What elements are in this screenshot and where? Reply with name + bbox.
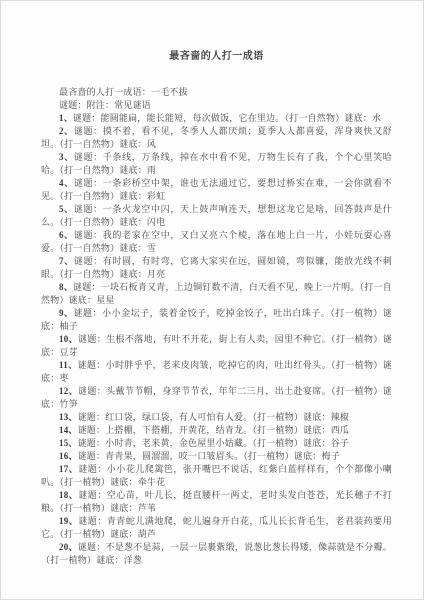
riddle-text: 谜题：摸不着，看不见，冬季人人都厌烦；夏季人人都喜爱，浑身爽快又舒坦。（打一自然… [41, 126, 392, 149]
riddle-text: 谜题：小时胖乎乎，老来皮肉皱，吃掉它的肉，吐出红骨头。（打一植物）谜底：枣 [41, 360, 392, 383]
riddle-text: 谜题：头戴节节帽，身穿节节衣，年年二三月，出土赴宴席。（打一植物）谜底：竹笋 [41, 386, 392, 409]
riddle-number: 5、 [59, 204, 74, 214]
riddle-number: 6、 [59, 230, 74, 240]
riddle-text: 谜题：不是葱不是蒜，一层一层裹紫缎，说葱比葱长得矮，像蒜就是不分瓣。（打一植物）… [41, 542, 392, 565]
riddle-item: 16、谜题：青青果，圆溜溜，咬一口皱眉头。（打一植物）谜底：梅子 [41, 450, 392, 463]
riddle-text: 谜题：上搭棚，下搭棚，开黄花，结青龙。（打一植物）谜底：西瓜 [78, 425, 350, 435]
riddle-text: 谜题：一条彩桥空中架，谁也无法通过它，要想过桥实在难，一会你就看不见。（打一自然… [41, 178, 392, 201]
riddle-text: 谜题：青青蛇儿满地爬，蛇儿遍身开白花，瓜儿长长背毛生，老君装药要用它。（打一植物… [41, 516, 392, 539]
riddle-number: 17、 [59, 464, 78, 474]
riddle-text: 谜题：我的老家在空中，又白又亮六个棱，落在地上白一片，小娃玩耍心喜爱。（打一自然… [41, 230, 392, 253]
riddle-item: 13、谜题：红口袋，绿口袋，有人可怕有人爱。（打一植物）谜底：辣椒 [41, 411, 392, 424]
riddle-text: 谜题：有时圆，有时弯，它离大家实在远，圆如镜，弯似镰，能放光线不刺眼。（打一自然… [41, 256, 392, 279]
riddle-item: 9、谜题：小小金坛子，装着金饺子，吃掉金饺子，吐出白珠子。（打一植物）谜底：柚子 [41, 307, 392, 333]
riddle-item: 14、谜题：上搭棚，下搭棚，开黄花，结青龙。（打一植物）谜底：西瓜 [41, 424, 392, 437]
riddle-text: 谜题：一条火龙空中闪，天上鼓声响连天，想想这龙它是啥，回答鼓声是什么。（打一自然… [41, 204, 392, 227]
riddle-item: 18、谜题：空心苗，叶儿长，挺直腰杆一两丈，老时头发白苍苍，光长穗子不打粮。（打… [41, 489, 392, 515]
riddle-item: 17、谜题：小小花儿爬篱笆，张开嘴巴不说话，红紫白蓝样样有，个个都像小喇叭。（打… [41, 463, 392, 489]
riddle-number: 1、 [59, 113, 73, 123]
riddle-item: 2、谜题：摸不着，看不见，冬季人人都厌烦；夏季人人都喜爱，浑身爽快又舒坦。（打一… [41, 125, 392, 151]
riddle-text: 谜题：小时青，老来黄，金色屋里小姑藏。（打一植物）谜底：谷子 [78, 438, 350, 448]
riddle-text: 谜题：能圆能扁，能长能短，每次做饭，它在里边。（打一自然物）谜底：水 [73, 113, 381, 123]
riddle-item: 10、谜题：生根不落地，有叶不开花，街上有人卖，园里不种它。（打一植物）谜底：豆… [41, 333, 392, 359]
riddle-number: 16、 [59, 451, 78, 461]
document-page: 最吝啬的人打一成语 最吝啬的人打一成语：一毛不拔 谜题：附注：常见谜语 1、谜题… [0, 0, 424, 600]
riddle-number: 15、 [59, 438, 78, 448]
riddle-item: 3、谜题：千条线，万条线，掉在水中看不见，万物生长有了我，个个心里笑哈哈。（打一… [41, 151, 392, 177]
riddle-text: 谜题：青青果，圆溜溜，咬一口皱眉头。（打一植物）谜底：梅子 [78, 451, 340, 461]
riddle-number: 7、 [59, 256, 74, 266]
riddle-number: 8、 [59, 282, 73, 292]
riddle-text: 谜题：生根不落地，有叶不开花，街上有人卖，园里不种它。（打一植物）谜底：豆芽 [41, 334, 392, 357]
riddle-list: 1、谜题：能圆能扁，能长能短，每次做饭，它在里边。（打一自然物）谜底：水2、谜题… [41, 112, 392, 567]
riddle-item: 6、谜题：我的老家在空中，又白又亮六个棱，落在地上白一片，小娃玩耍心喜爱。（打一… [41, 229, 392, 255]
riddle-item: 19、谜题：青青蛇儿满地爬，蛇儿遍身开白花，瓜儿长长背毛生，老君装药要用它。（打… [41, 515, 392, 541]
riddle-item: 12、谜题：头戴节节帽，身穿节节衣，年年二三月，出土赴宴席。（打一植物）谜底：竹… [41, 385, 392, 411]
riddle-number: 19、 [59, 516, 78, 526]
riddle-number: 11、 [59, 360, 77, 370]
subtitle-line: 最吝啬的人打一成语：一毛不拔 [41, 86, 392, 99]
riddle-number: 20、 [59, 542, 78, 552]
riddle-text: 谜题：小小金坛子，装着金饺子，吃掉金饺子，吐出白珠子。（打一植物）谜底：柚子 [41, 308, 392, 331]
document-content: 最吝啬的人打一成语 最吝啬的人打一成语：一毛不拔 谜题：附注：常见谜语 1、谜题… [1, 1, 423, 567]
riddle-number: 2、 [59, 126, 74, 136]
riddle-item: 1、谜题：能圆能扁，能长能短，每次做饭，它在里边。（打一自然物）谜底：水 [41, 112, 392, 125]
riddle-number: 12、 [59, 386, 78, 396]
riddle-item: 4、谜题：一条彩桥空中架，谁也无法通过它，要想过桥实在难，一会你就看不见。（打一… [41, 177, 392, 203]
riddle-item: 15、谜题：小时青，老来黄，金色屋里小姑藏。（打一植物）谜底：谷子 [41, 437, 392, 450]
riddle-item: 20、谜题：不是葱不是蒜，一层一层裹紫缎，说葱比葱长得矮，像蒜就是不分瓣。（打一… [41, 541, 392, 567]
riddle-number: 13、 [59, 412, 78, 422]
riddle-item: 11、谜题：小时胖乎乎，老来皮肉皱，吃掉它的肉，吐出红骨头。（打一植物）谜底：枣 [41, 359, 392, 385]
note-line: 谜题：附注：常见谜语 [41, 99, 392, 112]
riddle-number: 14、 [59, 425, 78, 435]
page-title: 最吝啬的人打一成语 [41, 47, 392, 62]
riddle-number: 3、 [59, 152, 74, 162]
riddle-text: 谜题：空心苗，叶儿长，挺直腰杆一两丈，老时头发白苍苍，光长穗子不打粮。（打一植物… [41, 490, 392, 513]
riddle-item: 8、谜题：一块石板青又青，上边铜钉数不清，白天看不见，晚上一片明。（打一自然物）… [41, 281, 392, 307]
riddle-number: 4、 [59, 178, 74, 188]
riddle-number: 18、 [59, 490, 78, 500]
riddle-number: 9、 [59, 308, 74, 318]
riddle-text: 谜题：一块石板青又青，上边铜钉数不清，白天看不见，晚上一片明。（打一自然物）谜底… [41, 282, 392, 305]
riddle-item: 5、谜题：一条火龙空中闪，天上鼓声响连天，想想这龙它是啥，回答鼓声是什么。（打一… [41, 203, 392, 229]
riddle-number: 10、 [59, 334, 78, 344]
riddle-text: 谜题：小小花儿爬篱笆，张开嘴巴不说话，红紫白蓝样样有，个个都像小喇叭。（打一植物… [41, 464, 392, 487]
riddle-text: 谜题：红口袋，绿口袋，有人可怕有人爱。（打一植物）谜底：辣椒 [78, 412, 350, 422]
riddle-text: 谜题：千条线，万条线，掉在水中看不见，万物生长有了我，个个心里笑哈哈。（打一自然… [41, 152, 392, 175]
riddle-item: 7、谜题：有时圆，有时弯，它离大家实在远，圆如镜，弯似镰，能放光线不刺眼。（打一… [41, 255, 392, 281]
